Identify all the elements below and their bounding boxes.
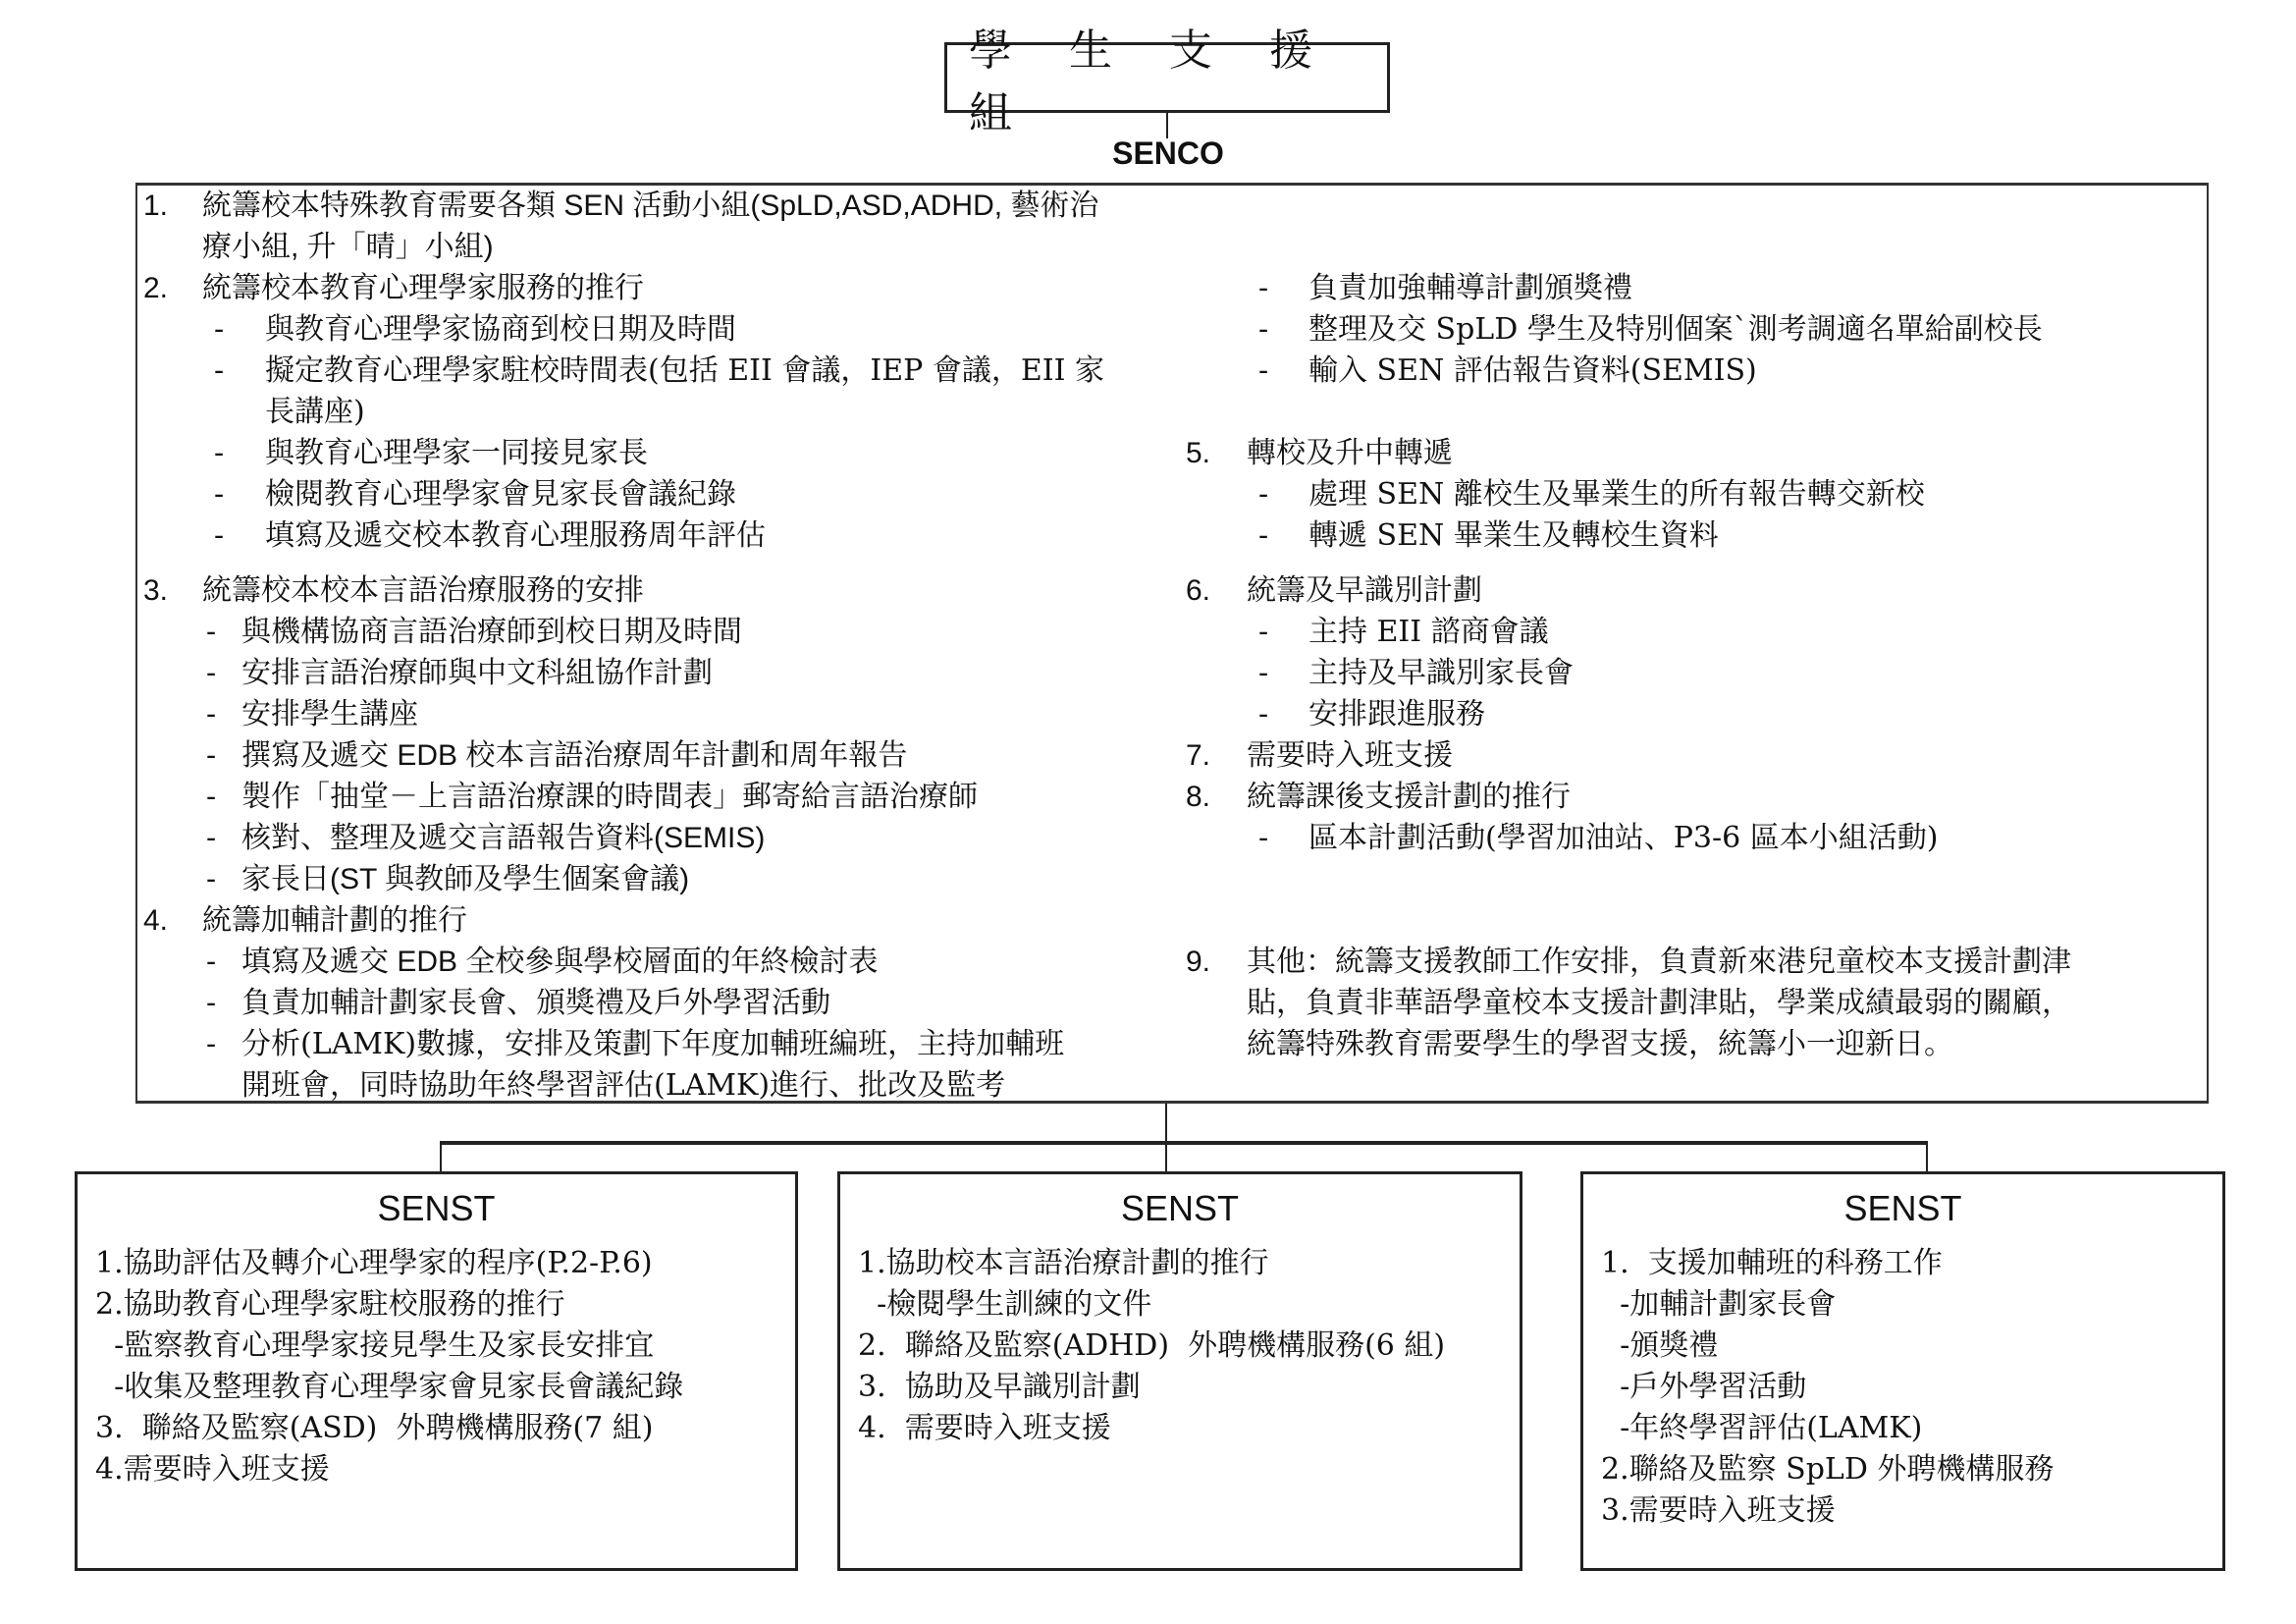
senst-duty: -檢閱學生訓練的文件 — [858, 1284, 1151, 1326]
senst-duty: 3.需要時入班支援 — [1601, 1490, 1836, 1532]
senst-duty: -頒獎禮 — [1601, 1326, 1718, 1367]
senst-title: SENST — [840, 1188, 1520, 1229]
senst-duty: -監察教育心理學家接見學生及家長安排宜 — [95, 1326, 654, 1367]
sub-item-text: 轉遞 SEN 畢業生及轉校生資料 — [1308, 515, 1719, 557]
sub-item-text: 製作「抽堂－上言語治療課的時間表」郵寄給言語治療師 — [241, 777, 978, 818]
dash-bullet: - — [1258, 818, 1268, 859]
sub-item-text: 填寫及遞交校本教育心理服務周年評估 — [265, 515, 766, 557]
senst-duty: 4.需要時入班支援 — [95, 1449, 330, 1490]
sub-item-text: 區本計劃活動(學習加油站、P3-6 區本小組活動) — [1308, 818, 1938, 859]
dash-bullet: - — [214, 515, 224, 557]
senst-duty: 3. 協助及早識別計劃 — [858, 1367, 1141, 1408]
dash-bullet: - — [1258, 309, 1268, 351]
sub-item-text: 安排學生講座 — [241, 694, 418, 735]
senst-box-2: SENST 1.協助校本言語治療計劃的推行 -檢閱學生訓練的文件 2. 聯絡及監… — [837, 1171, 1522, 1571]
sub-item-text: 家長日(ST 與教師及學生個案會議) — [241, 859, 689, 900]
item-number: 5. — [1186, 433, 1210, 474]
sub-item-text: 負責加輔計劃家長會、頒獎禮及戶外學習活動 — [241, 983, 830, 1024]
sub-item-text: 輸入 SEN 評估報告資料(SEMIS) — [1308, 351, 1757, 392]
item-number: 4. — [143, 900, 168, 942]
dash-bullet: - — [206, 735, 216, 777]
item-text: 其他：統籌支援教師工作安排，負責新來港兒童校本支援計劃津 — [1247, 942, 2071, 983]
dash-bullet: - — [206, 942, 216, 983]
item-text: 統籌校本特殊教育需要各類 SEN 活動小組(SpLD,ASD,ADHD, 藝術治 — [202, 186, 1098, 227]
dash-bullet: - — [206, 777, 216, 818]
item-text: 統籌特殊教育需要學生的學習支援，統籌小一迎新日。 — [1247, 1024, 1953, 1065]
dash-bullet: - — [1258, 694, 1268, 735]
connector-trunk — [1165, 1104, 1167, 1172]
sub-item-text: 整理及交 SpLD 學生及特別個案`測考調適名單給副校長 — [1308, 309, 2043, 351]
sub-item-text: 開班會，同時協助年終學習評估(LAMK)進行、批改及監考 — [241, 1065, 1005, 1107]
dash-bullet: - — [1258, 653, 1268, 694]
dash-bullet: - — [206, 1024, 216, 1065]
item-number: 6. — [1186, 570, 1210, 612]
item-number: 9. — [1186, 942, 1210, 983]
senst-duty: 1. 支援加輔班的科務工作 — [1601, 1243, 1943, 1284]
item-text: 統籌課後支援計劃的推行 — [1247, 777, 1571, 818]
dash-bullet: - — [214, 309, 224, 351]
dash-bullet: - — [214, 433, 224, 474]
dash-bullet: - — [1258, 268, 1268, 309]
item-text: 統籌加輔計劃的推行 — [202, 900, 467, 942]
sub-item-text: 分析(LAMK)數據，安排及策劃下年度加輔班編班，主持加輔班 — [241, 1024, 1064, 1065]
item-text: 轉校及升中轉遞 — [1247, 433, 1453, 474]
item-number: 3. — [143, 570, 168, 612]
senst-duty: 1.協助評估及轉介心理學家的程序(P.2-P.6) — [95, 1243, 653, 1284]
org-title-box: 學 生 支 援 組 — [944, 42, 1390, 113]
sub-item-text: 主持 EII 諮商會議 — [1308, 612, 1549, 653]
item-text: 療小組, 升「晴」小組) — [202, 227, 494, 268]
sub-item-text: 核對、整理及遞交言語報告資料(SEMIS) — [241, 818, 765, 859]
dash-bullet: - — [206, 818, 216, 859]
dash-bullet: - — [214, 351, 224, 392]
senst-duty: 3. 聯絡及監察(ASD) 外聘機構服務(7 組) — [95, 1408, 653, 1449]
item-number: 2. — [143, 268, 168, 309]
item-text: 需要時入班支援 — [1247, 735, 1453, 777]
item-number: 7. — [1186, 735, 1210, 777]
senst-box-3: SENST 1. 支援加輔班的科務工作 -加輔計劃家長會 -頒獎禮 -戶外學習活… — [1580, 1171, 2225, 1571]
sub-item-text: 主持及早識別家長會 — [1308, 653, 1574, 694]
sub-item-text: 與教育心理學家一同接見家長 — [265, 433, 648, 474]
item-number: 8. — [1186, 777, 1210, 818]
senst-duty: 2.聯絡及監察 SpLD 外聘機構服務 — [1601, 1449, 2054, 1490]
item-text: 貼，負責非華語學童校本支援計劃津貼，學業成績最弱的關顧， — [1247, 983, 2071, 1024]
senst-title: SENST — [1583, 1188, 2222, 1229]
dash-bullet: - — [206, 694, 216, 735]
senco-label: SENCO — [1070, 135, 1266, 172]
item-text: 統籌校本校本言語治療服務的安排 — [202, 570, 644, 612]
connector-horizontal — [440, 1141, 1928, 1145]
org-title: 學 生 支 援 組 — [969, 15, 1387, 140]
item-number: 1. — [143, 186, 168, 227]
dash-bullet: - — [1258, 351, 1268, 392]
sub-item-text: 擬定教育心理學家駐校時間表(包括 EII 會議，IEP 會議，EII 家 — [265, 351, 1104, 392]
senst-duty: 2.協助教育心理學家駐校服務的推行 — [95, 1284, 565, 1326]
connector-drop-left — [440, 1143, 442, 1172]
sub-item-text: 撰寫及遞交 EDB 校本言語治療周年計劃和周年報告 — [241, 735, 907, 777]
senst-duty: -加輔計劃家長會 — [1601, 1284, 1836, 1326]
sub-item-text: 負責加強輔導計劃頒獎禮 — [1308, 268, 1632, 309]
dash-bullet: - — [1258, 612, 1268, 653]
sub-item-text: 檢閱教育心理學家會見家長會議紀錄 — [265, 474, 736, 515]
item-text: 統籌校本教育心理學家服務的推行 — [202, 268, 644, 309]
senst-duty: -收集及整理教育心理學家會見家長會議紀錄 — [95, 1367, 683, 1408]
sub-item-text: 安排跟進服務 — [1308, 694, 1485, 735]
dash-bullet: - — [214, 474, 224, 515]
senst-title: SENST — [78, 1188, 795, 1229]
senst-duty: 1.協助校本言語治療計劃的推行 — [858, 1243, 1269, 1284]
sub-item-text: 處理 SEN 離校生及畢業生的所有報告轉交新校 — [1308, 474, 1925, 515]
senst-duty: 4. 需要時入班支援 — [858, 1408, 1111, 1449]
sub-item-text: 與教育心理學家協商到校日期及時間 — [265, 309, 736, 351]
dash-bullet: - — [206, 653, 216, 694]
sub-item-text: 與機構協商言語治療師到校日期及時間 — [241, 612, 742, 653]
dash-bullet: - — [206, 859, 216, 900]
senst-box-1: SENST 1.協助評估及轉介心理學家的程序(P.2-P.6) 2.協助教育心理… — [75, 1171, 798, 1571]
connector-drop-right — [1926, 1143, 1928, 1172]
item-text: 統籌及早識別計劃 — [1247, 570, 1482, 612]
sub-item-text: 長講座) — [265, 392, 365, 433]
dash-bullet: - — [1258, 515, 1268, 557]
senst-duty: -戶外學習活動 — [1601, 1367, 1806, 1408]
dash-bullet: - — [206, 983, 216, 1024]
senst-duty: 2. 聯絡及監察(ADHD) 外聘機構服務(6 組) — [858, 1326, 1445, 1367]
dash-bullet: - — [206, 612, 216, 653]
sub-item-text: 填寫及遞交 EDB 全校參與學校層面的年終檢討表 — [241, 942, 878, 983]
sub-item-text: 安排言語治療師與中文科組協作計劃 — [241, 653, 713, 694]
senst-duty: -年終學習評估(LAMK) — [1601, 1408, 1922, 1449]
dash-bullet: - — [1258, 474, 1268, 515]
